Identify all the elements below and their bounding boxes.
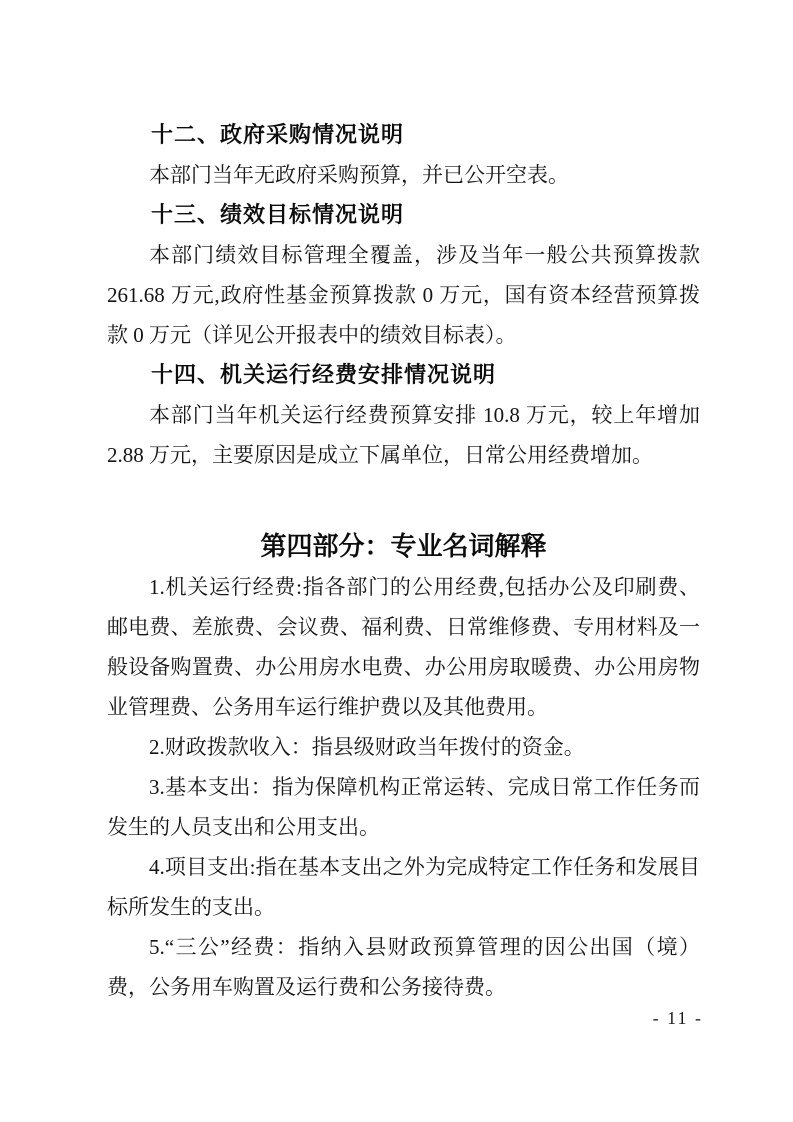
document-content: 十二、政府采购情况说明 本部门当年无政府采购预算，并已公开空表。 十三、绩效目标… <box>107 115 700 1007</box>
section-heading-13: 十三、绩效目标情况说明 <box>107 195 700 235</box>
definition-2-fiscal-appropriation-income: 2.财政拨款收入：指县级财政当年拨付的资金。 <box>107 727 700 767</box>
definition-3-basic-expenditure: 3.基本支出：指为保障机构正常运转、完成日常工作任务而发生的人员支出和公用支出。 <box>107 767 700 847</box>
paragraph-operating-expenses: 本部门当年机关运行经费预算安排 10.8 万元，较上年增加 2.88 万元，主要… <box>107 395 700 475</box>
paragraph-performance-targets: 本部门绩效目标管理全覆盖，涉及当年一般公共预算拨款 261.68 万元,政府性基… <box>107 235 700 355</box>
section-heading-14: 十四、机关运行经费安排情况说明 <box>107 355 700 395</box>
definition-1-operating-funds: 1.机关运行经费:指各部门的公用经费,包括办公及印刷费、邮电费、差旅费、会议费、… <box>107 567 700 727</box>
section-heading-12: 十二、政府采购情况说明 <box>107 115 700 155</box>
page-number: - 11 - <box>653 1008 703 1029</box>
definition-5-three-public-funds: 5.“三公”经费：指纳入县财政预算管理的因公出国（境）费，公务用车购置及运行费和… <box>107 927 700 1007</box>
definition-4-project-expenditure: 4.项目支出:指在基本支出之外为完成特定工作任务和发展目标所发生的支出。 <box>107 847 700 927</box>
part-four-title: 第四部分：专业名词解释 <box>107 527 700 567</box>
paragraph-procurement: 本部门当年无政府采购预算，并已公开空表。 <box>107 155 700 195</box>
document-page: 十二、政府采购情况说明 本部门当年无政府采购预算，并已公开空表。 十三、绩效目标… <box>0 0 793 1122</box>
